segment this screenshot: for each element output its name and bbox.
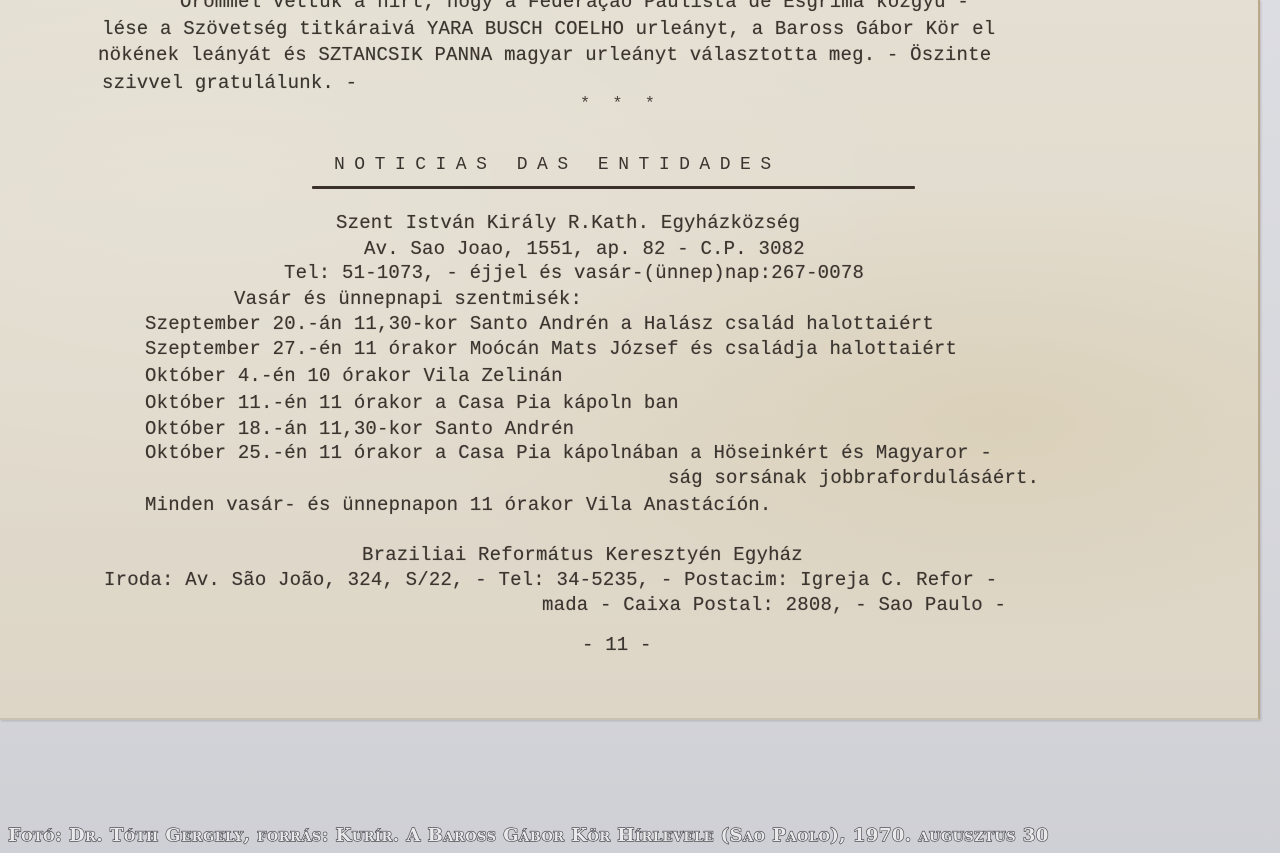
- mass-item: Október 18.-án 11,30-kor Santo Andrén: [145, 418, 574, 440]
- masses-heading: Vasár és ünnepnapi szentmisék:: [234, 288, 582, 310]
- parish-address: Av. Sao Joao, 1551, ap. 82 - C.P. 3082: [364, 238, 805, 260]
- reformed-church-address-2: mada - Caixa Postal: 2808, - Sao Paulo -: [542, 594, 1006, 616]
- intro-line-2: lése a Szövetség titkáraivá YARA BUSCH C…: [102, 18, 995, 40]
- intro-line-1: Örömmel vettük a hírt, hogy a Federaçao …: [180, 0, 969, 13]
- heading-underline: [312, 186, 915, 189]
- section-heading: NOTICIAS DAS ENTIDADES: [334, 155, 781, 175]
- reformed-church-address-1: Iroda: Av. São João, 324, S/22, - Tel: 3…: [104, 569, 997, 591]
- parish-phone: Tel: 51-1073, - éjjel és vasár-(ünnep)na…: [284, 262, 864, 284]
- mass-item: Október 11.-én 11 órakor a Casa Pia kápo…: [145, 392, 679, 414]
- typewritten-page: Örömmel vettük a hírt, hogy a Federaçao …: [0, 0, 1260, 720]
- mass-item: Október 25.-én 11 órakor a Casa Pia kápo…: [145, 442, 992, 464]
- section-separator: * * *: [580, 95, 661, 114]
- parish-name: Szent István Király R.Kath. Egyházközség: [336, 212, 800, 234]
- intro-line-3: nökének leányát és SZTANCSIK PANNA magya…: [98, 44, 991, 66]
- mass-item: Október 4.-én 10 órakor Vila Zelinán: [145, 365, 563, 387]
- reformed-church-name: Braziliai Református Keresztyén Egyház: [362, 544, 803, 566]
- mass-item-continuation: ság sorsának jobbrafordulásáért.: [668, 467, 1039, 489]
- mass-item: Szeptember 27.-én 11 órakor Moócán Mats …: [145, 338, 957, 360]
- page-number: - 11 -: [582, 634, 652, 656]
- mass-item: Szeptember 20.-án 11,30-kor Santo Andrén…: [145, 313, 934, 335]
- masses-closing: Minden vasár- és ünnepnapon 11 órakor Vi…: [145, 494, 772, 516]
- photo-credit-caption: Fotó: Dr. Tóth Gergely, forrás: Kurír. A…: [8, 825, 1049, 846]
- intro-line-4: szivvel gratulálunk. -: [102, 72, 357, 94]
